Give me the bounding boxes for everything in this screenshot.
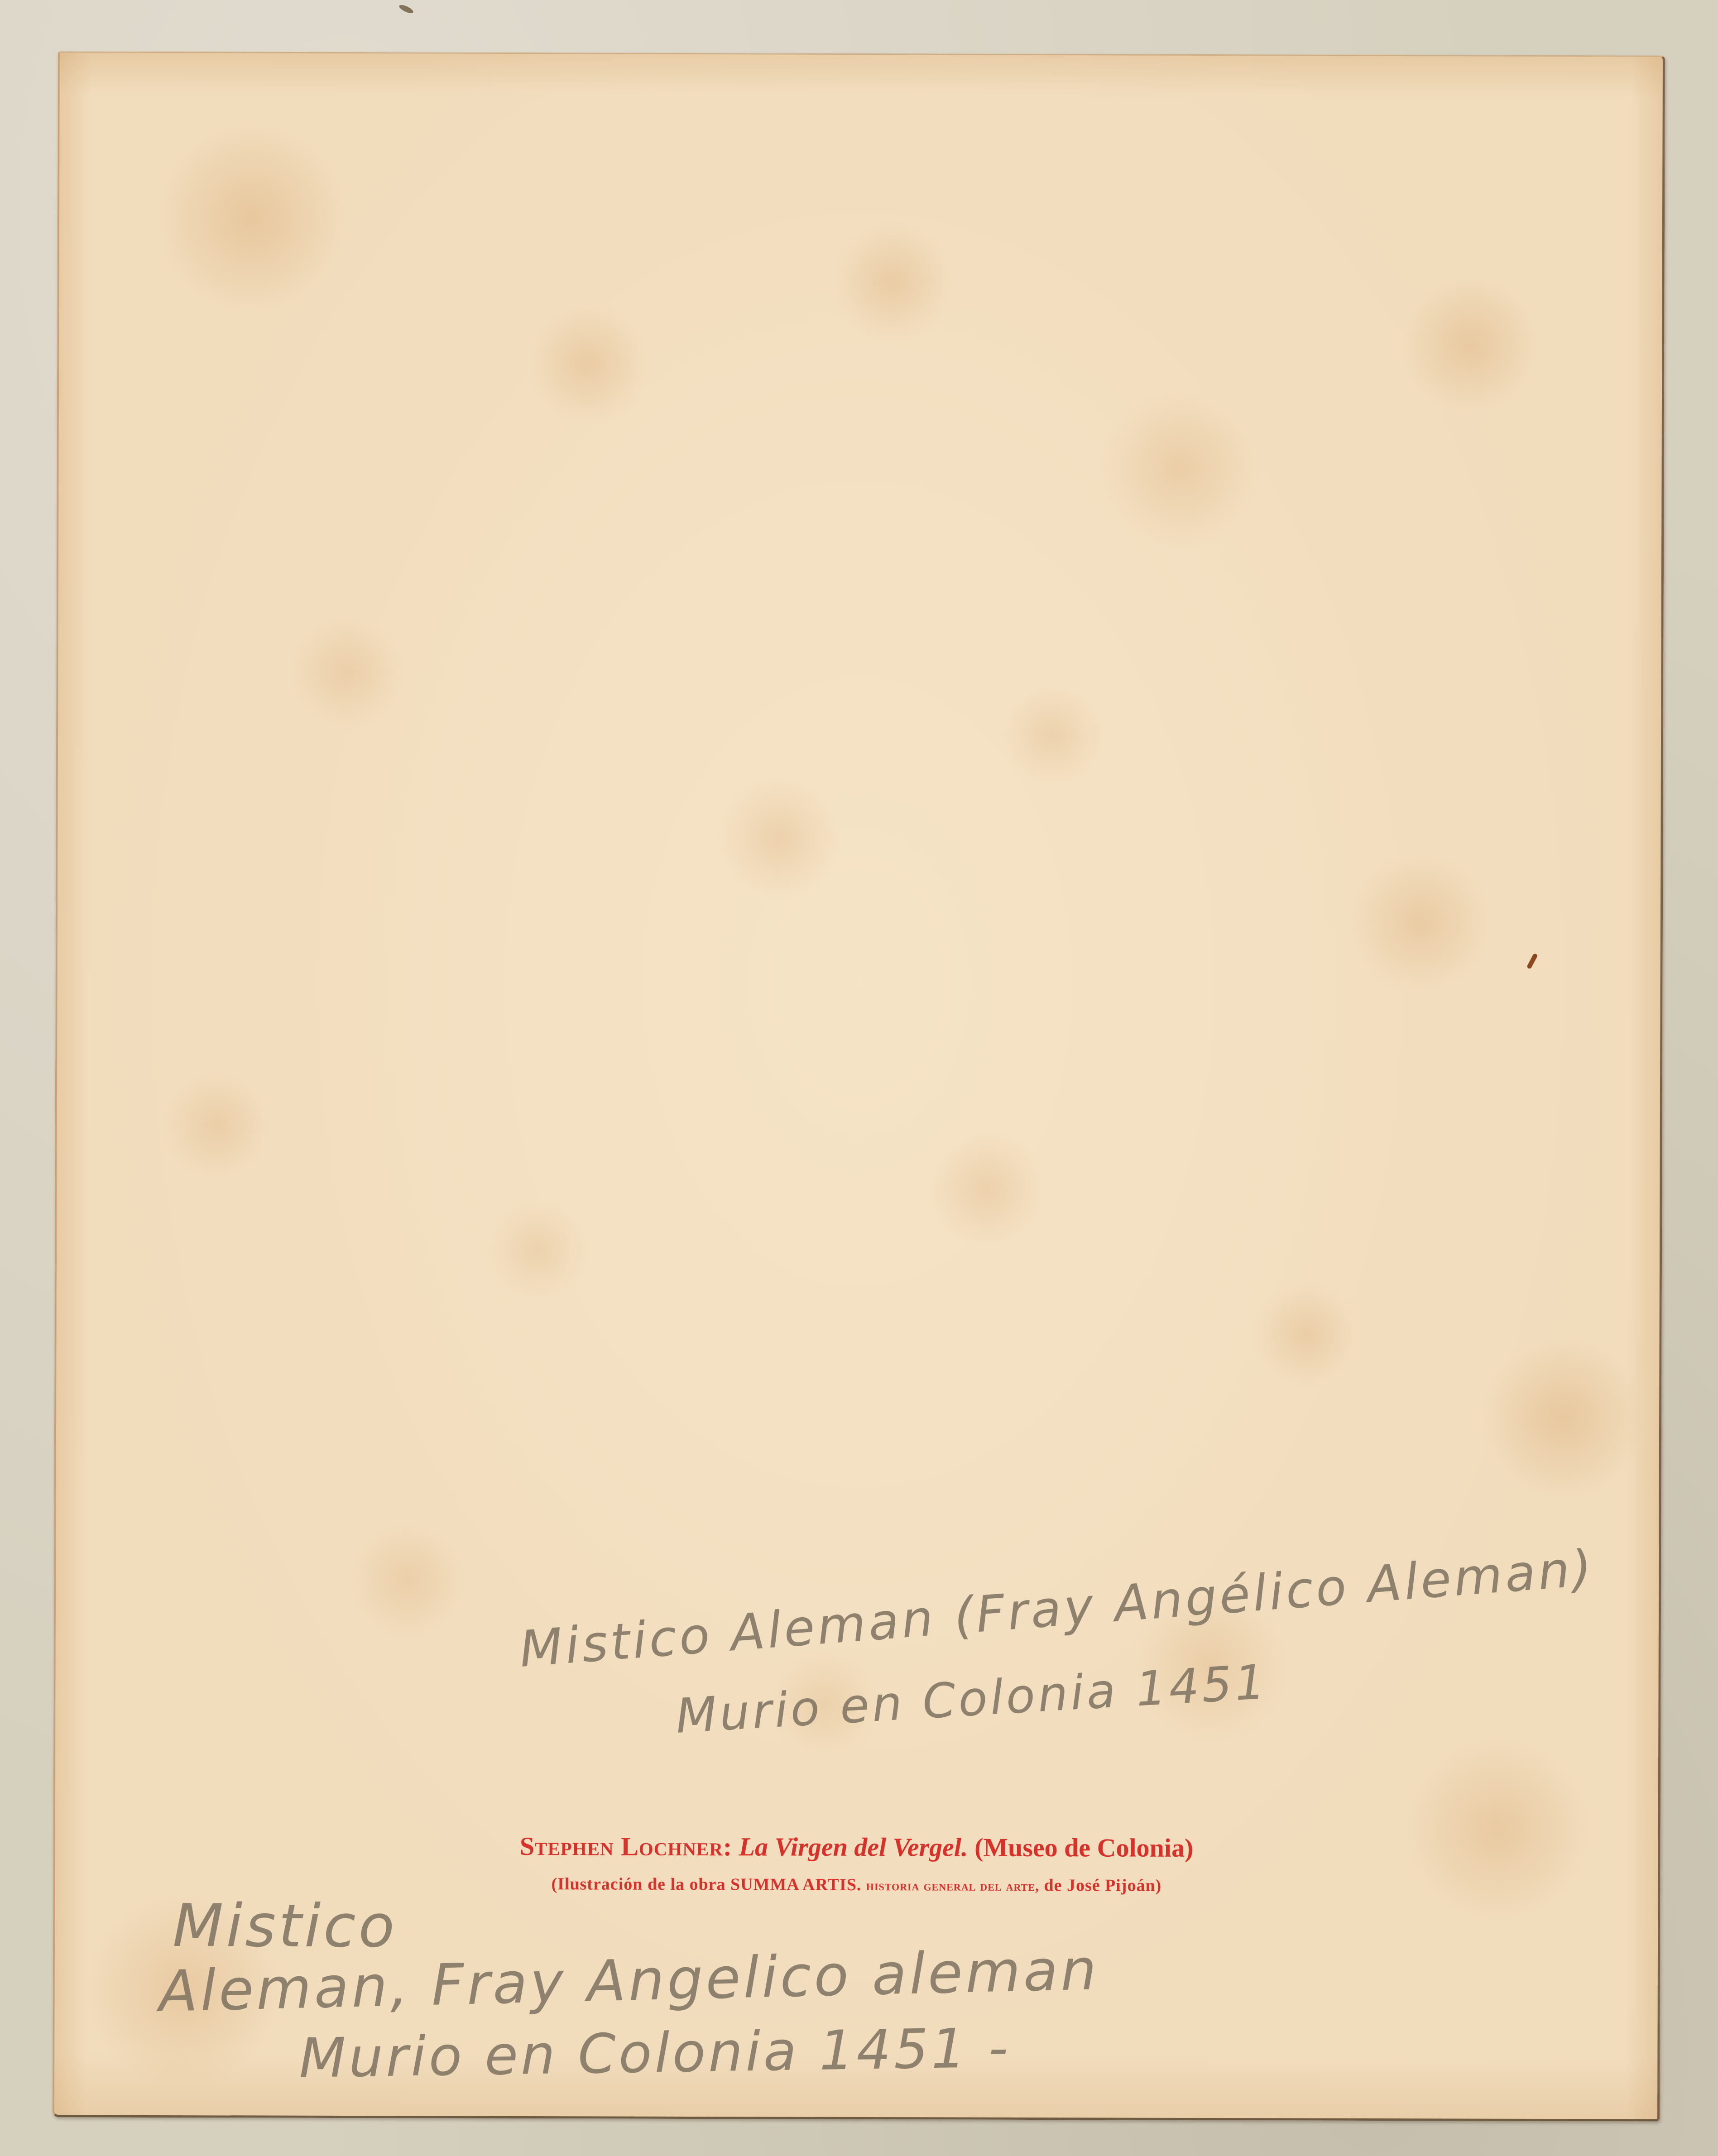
handwritten-note-top-line-1: Mistico Aleman (Fray Angélico Aleman) bbox=[518, 1539, 1597, 1678]
handwritten-note-bottom-line-3: Murio en Colonia 1451 - bbox=[298, 2017, 1011, 2090]
stray-mark bbox=[398, 3, 414, 14]
handwritten-note-top-line-2: Murio en Colonia 1451 bbox=[674, 1654, 1269, 1744]
caption-work-title: La Virgen del Vergel. bbox=[739, 1832, 968, 1862]
caption-credit-series: historia general del arte, bbox=[866, 1877, 1039, 1894]
caption-credit-prefix: (Ilustración de la obra SUMMA ARTIS. bbox=[551, 1874, 861, 1894]
handwritten-note-bottom-line-1: Mistico bbox=[173, 1891, 398, 1960]
paper-speck bbox=[1526, 953, 1538, 969]
caption-credit-suffix: de José Pijoán) bbox=[1044, 1876, 1161, 1895]
caption-location: (Museo de Colonia) bbox=[974, 1833, 1193, 1863]
caption-title: Stephen Lochner: La Virgen del Vergel. (… bbox=[55, 1830, 1658, 1864]
paper-sheet: Mistico Aleman (Fray Angélico Aleman) Mu… bbox=[53, 51, 1665, 2121]
caption-artist: Stephen Lochner: bbox=[520, 1831, 732, 1861]
